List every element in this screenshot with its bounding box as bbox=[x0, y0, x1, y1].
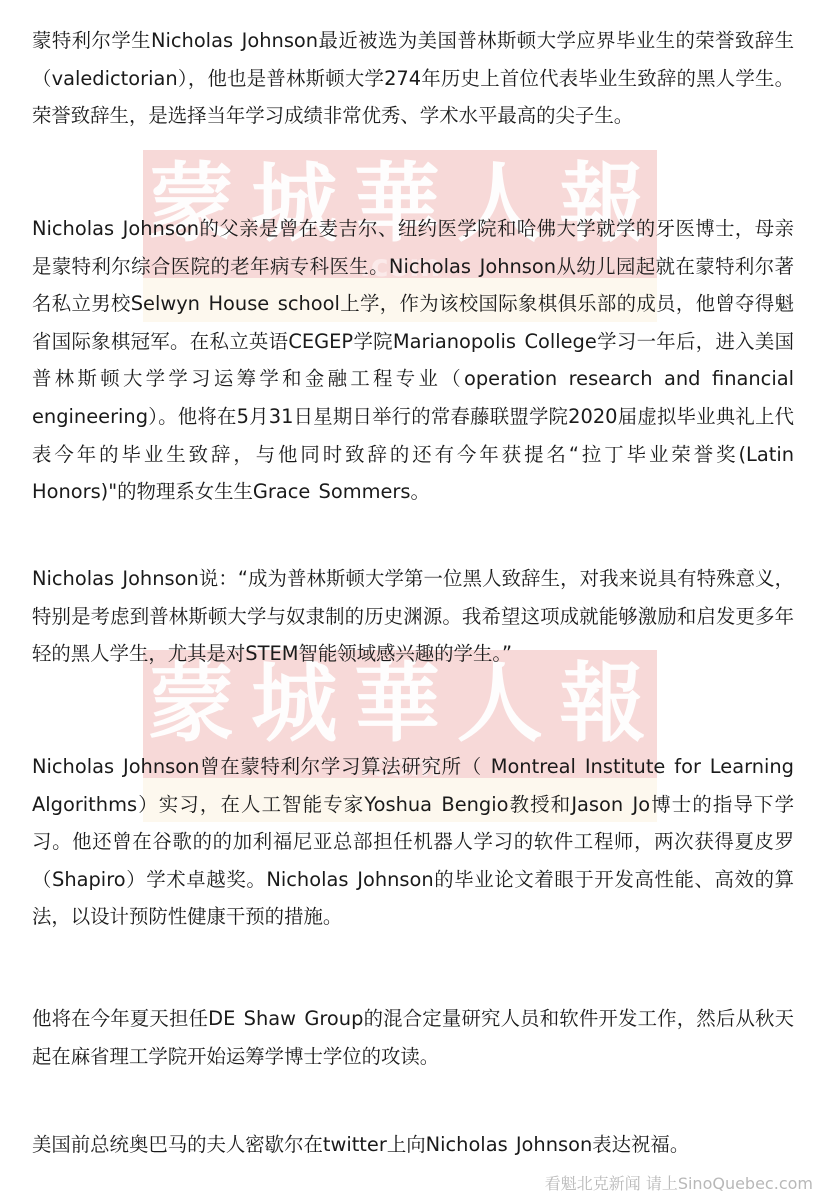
paragraph-family-education: Nicholas Johnson的父亲是曾在麦吉尔、纽约医学院和哈佛大学就学的牙… bbox=[32, 210, 794, 511]
paragraph-valedictorian-intro: 蒙特利尔学生Nicholas Johnson最近被选为美国普林斯顿大学应界毕业生… bbox=[32, 22, 794, 135]
paragraph-research-experience: Nicholas Johnson曾在蒙特利尔学习算法研究所（ Montreal … bbox=[32, 748, 794, 936]
paragraph-quote: Nicholas Johnson说：“成为普林斯顿大学第一位黑人致辞生，对我来说… bbox=[32, 560, 794, 673]
paragraph-obama-congrats: 美国前总统奥巴马的夫人密歇尔在twitter上向Nicholas Johnson… bbox=[32, 1126, 794, 1164]
paragraph-future-plans: 他将在今年夏天担任DE Shaw Group的混合定量研究人员和软件开发工作，然… bbox=[32, 1000, 794, 1075]
source-credit: 看魁北克新闻 请上SinoQuebec.com bbox=[545, 1171, 813, 1194]
